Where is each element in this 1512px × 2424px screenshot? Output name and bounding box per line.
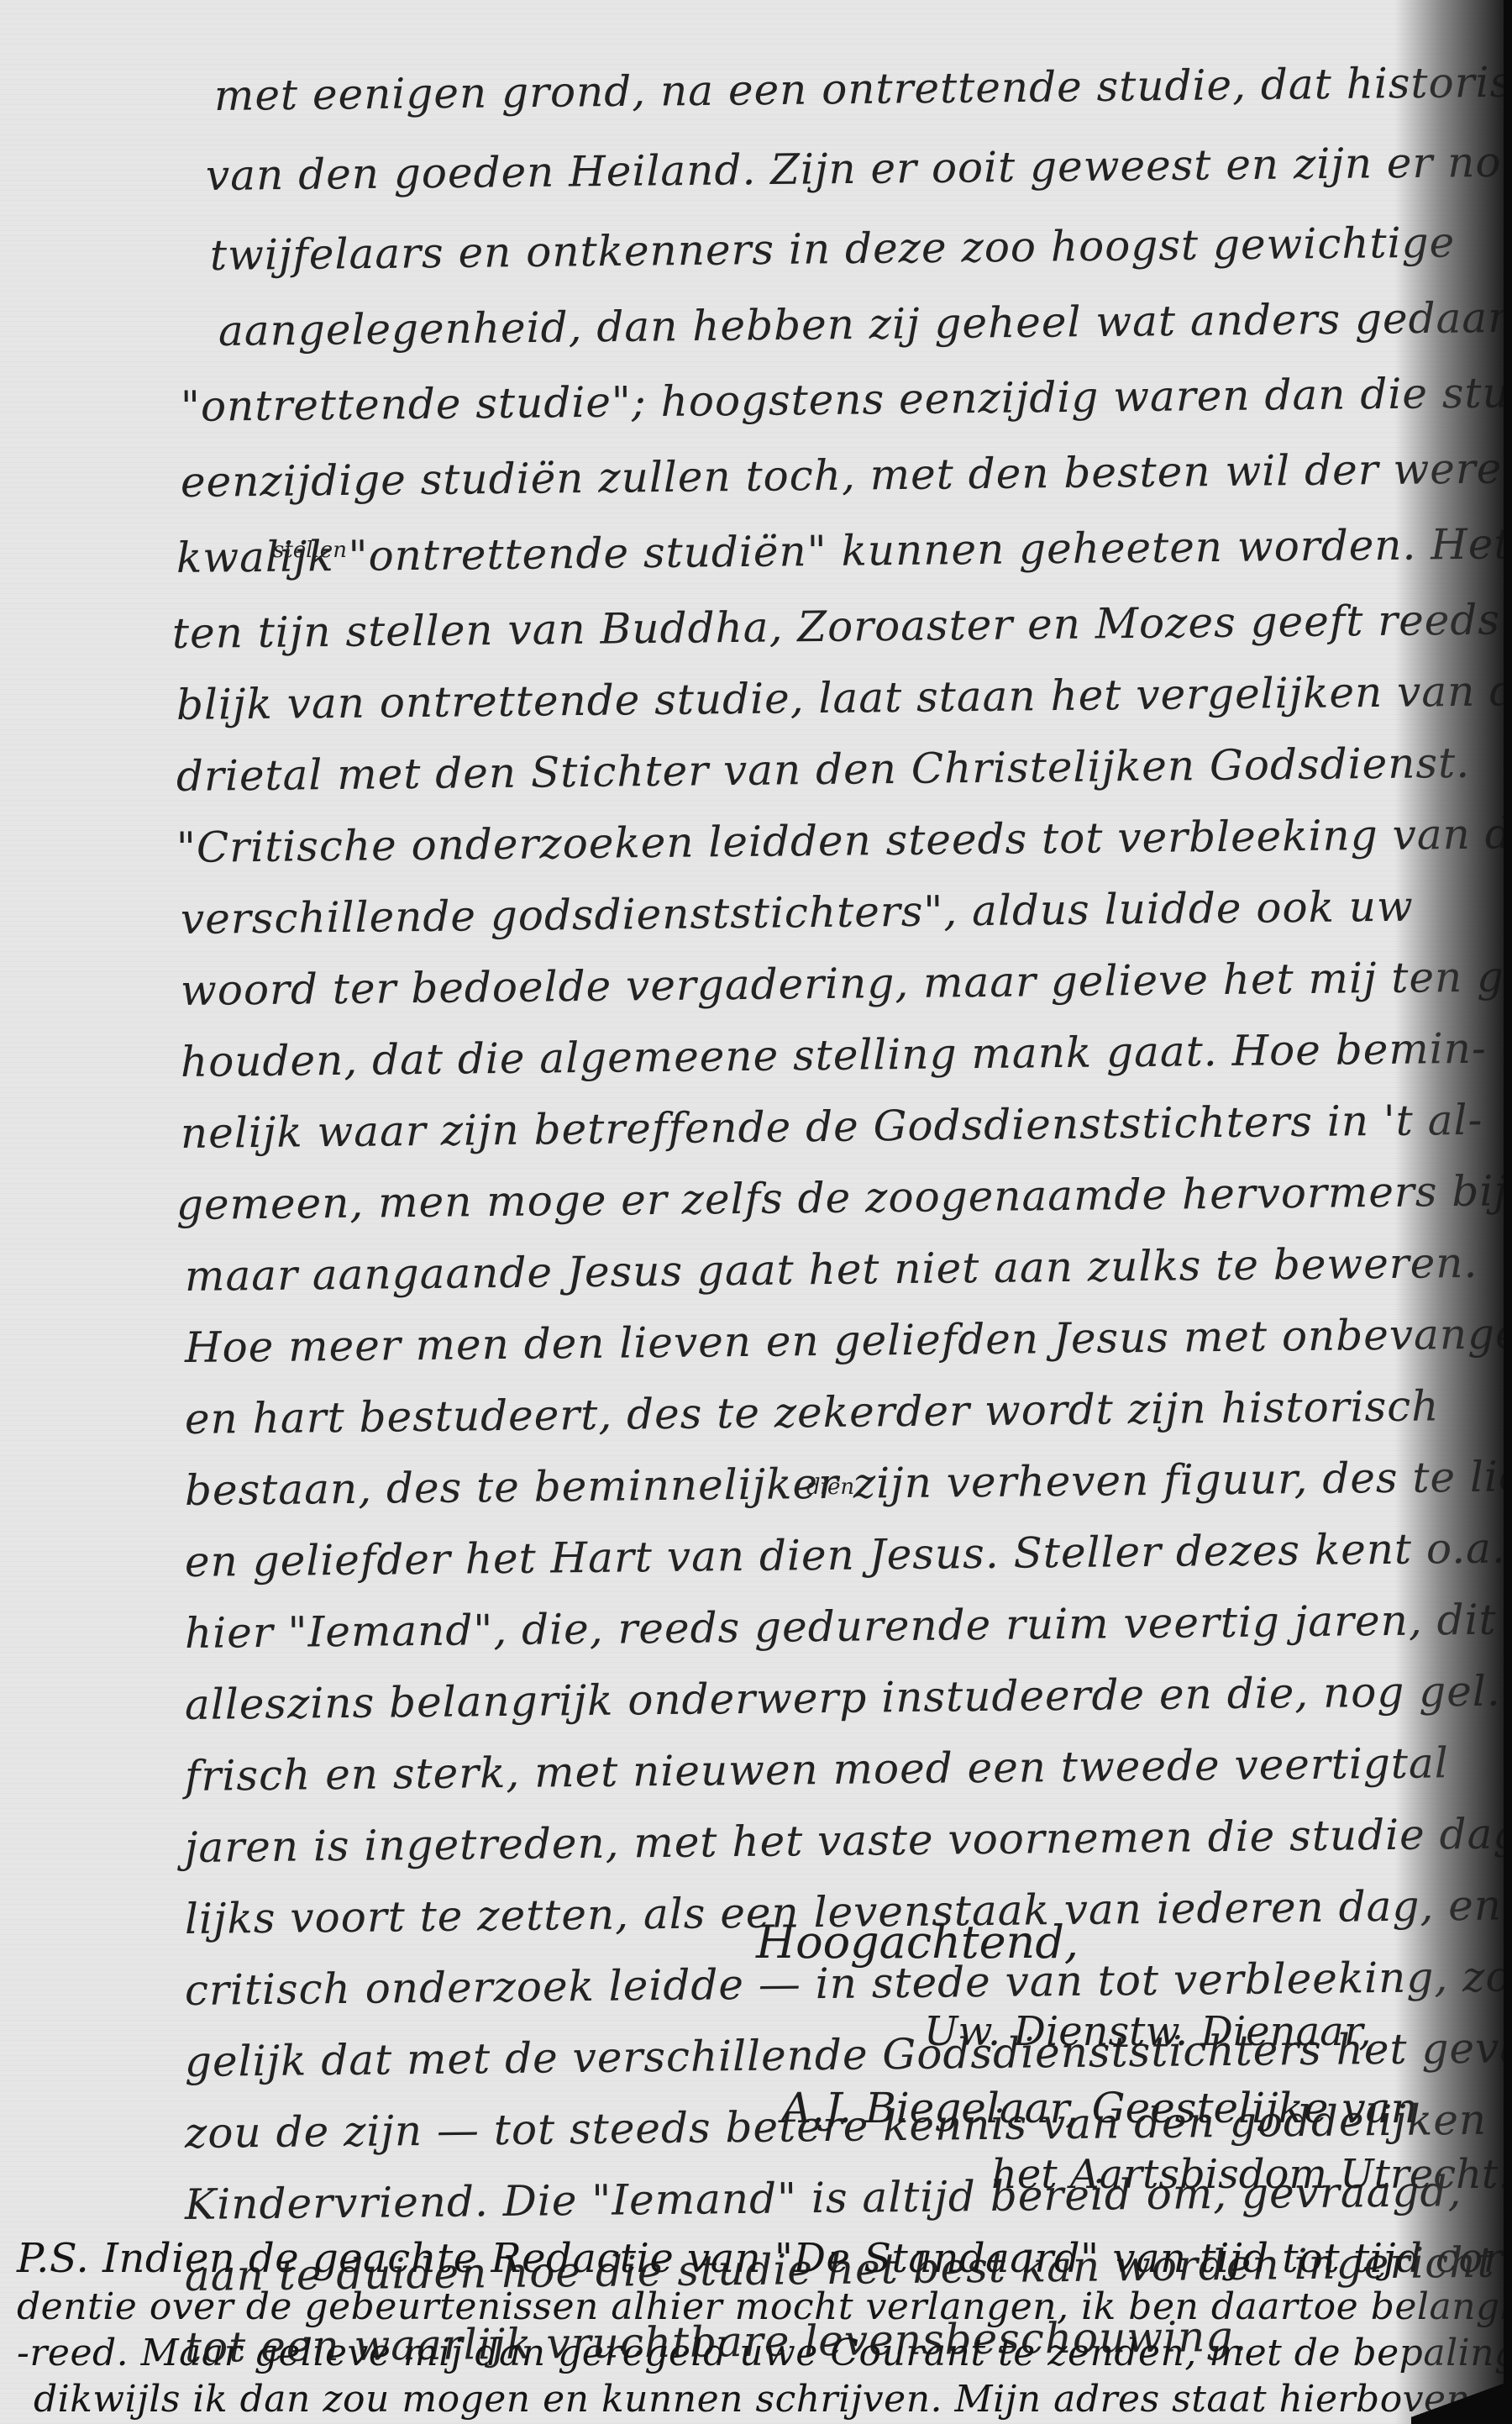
body-line: twijfelaars en ontkenners in deze zoo ho… bbox=[210, 218, 1456, 280]
body-line: "ontrettende studie"; hoogstens eenzijdi… bbox=[181, 366, 1512, 431]
body-line: alleszins belangrijk onderwerp instudeer… bbox=[185, 1667, 1501, 1729]
body-line: nelijk waar zijn betreffende de Godsdien… bbox=[181, 1096, 1483, 1158]
body-line: houden, dat die algemeene stelling mank … bbox=[181, 1024, 1487, 1086]
valediction: Uw. Dienstw. Dienaar, bbox=[924, 2008, 1372, 2055]
interlinear-insertion: stellen bbox=[273, 538, 347, 563]
body-line: blijk van ontrettende studie, laat staan… bbox=[176, 666, 1512, 729]
postscript-line: dentie over de gebeurtenissen alhier moc… bbox=[17, 2285, 1512, 2328]
body-line: van den goeden Heiland. Zijn er ooit gew… bbox=[206, 138, 1512, 200]
letter-page: met eenigen grond, na een ontrettende st… bbox=[0, 0, 1512, 2424]
body-line: ten tijn stellen van Buddha, Zoroaster e… bbox=[172, 595, 1512, 658]
body-line: hier "Iemand", die, reeds gedurende ruim… bbox=[185, 1596, 1497, 1658]
scan-corner bbox=[1411, 2374, 1512, 2424]
body-line: en hart bestudeert, des te zekerder word… bbox=[185, 1381, 1440, 1443]
signature: A.J. Biegelaar, Geestelijke van bbox=[781, 2084, 1418, 2132]
body-line: eenzijdige studiën zullen toch, met den … bbox=[181, 444, 1512, 507]
postscript-line: dikwijls ik dan zou mogen en kunnen schr… bbox=[34, 2378, 1483, 2421]
postscript-line: P.S. Indien de geachte Redactie van "De … bbox=[17, 2235, 1512, 2282]
body-line: gemeen, men moge er zelfs de zoogenaamde… bbox=[176, 1166, 1512, 1229]
body-line: woord ter bedoelde vergadering, maar gel… bbox=[181, 950, 1512, 1015]
page-edge-shadow bbox=[1394, 0, 1512, 2424]
body-line: en geliefder het Hart van dien Jesus. St… bbox=[185, 1524, 1506, 1586]
body-line: "Critische onderzoeken leidden steeds to… bbox=[176, 809, 1512, 872]
body-line: jaren is ingetreden, met het vaste voorn… bbox=[185, 1809, 1512, 1872]
body-line: aangelegenheid, dan hebben zij geheel wa… bbox=[218, 292, 1512, 355]
body-line: kwalijk "ontrettende studiën" kunnen geh… bbox=[176, 519, 1512, 582]
body-line: verschillende godsdienststichters", aldu… bbox=[181, 882, 1414, 944]
body-line: Hoe meer men den lieven en geliefden Jes… bbox=[185, 1307, 1512, 1372]
body-line: frisch en sterk, met nieuwen moed een tw… bbox=[185, 1738, 1449, 1801]
salutation: Hoogachtend, bbox=[756, 1916, 1079, 1969]
body-line: met eenigen grond, na een ontrettende st… bbox=[214, 55, 1512, 120]
body-line: maar aangaande Jesus gaat het niet aan z… bbox=[185, 1238, 1478, 1301]
body-line: drietal met den Stichter van den Christe… bbox=[176, 739, 1471, 801]
postscript-line: -reed. Maar gelieve mij dan geregeld uwe… bbox=[17, 2332, 1512, 2374]
interlinear-insertion: dien bbox=[806, 1475, 854, 1500]
scan-border bbox=[1504, 0, 1512, 2424]
